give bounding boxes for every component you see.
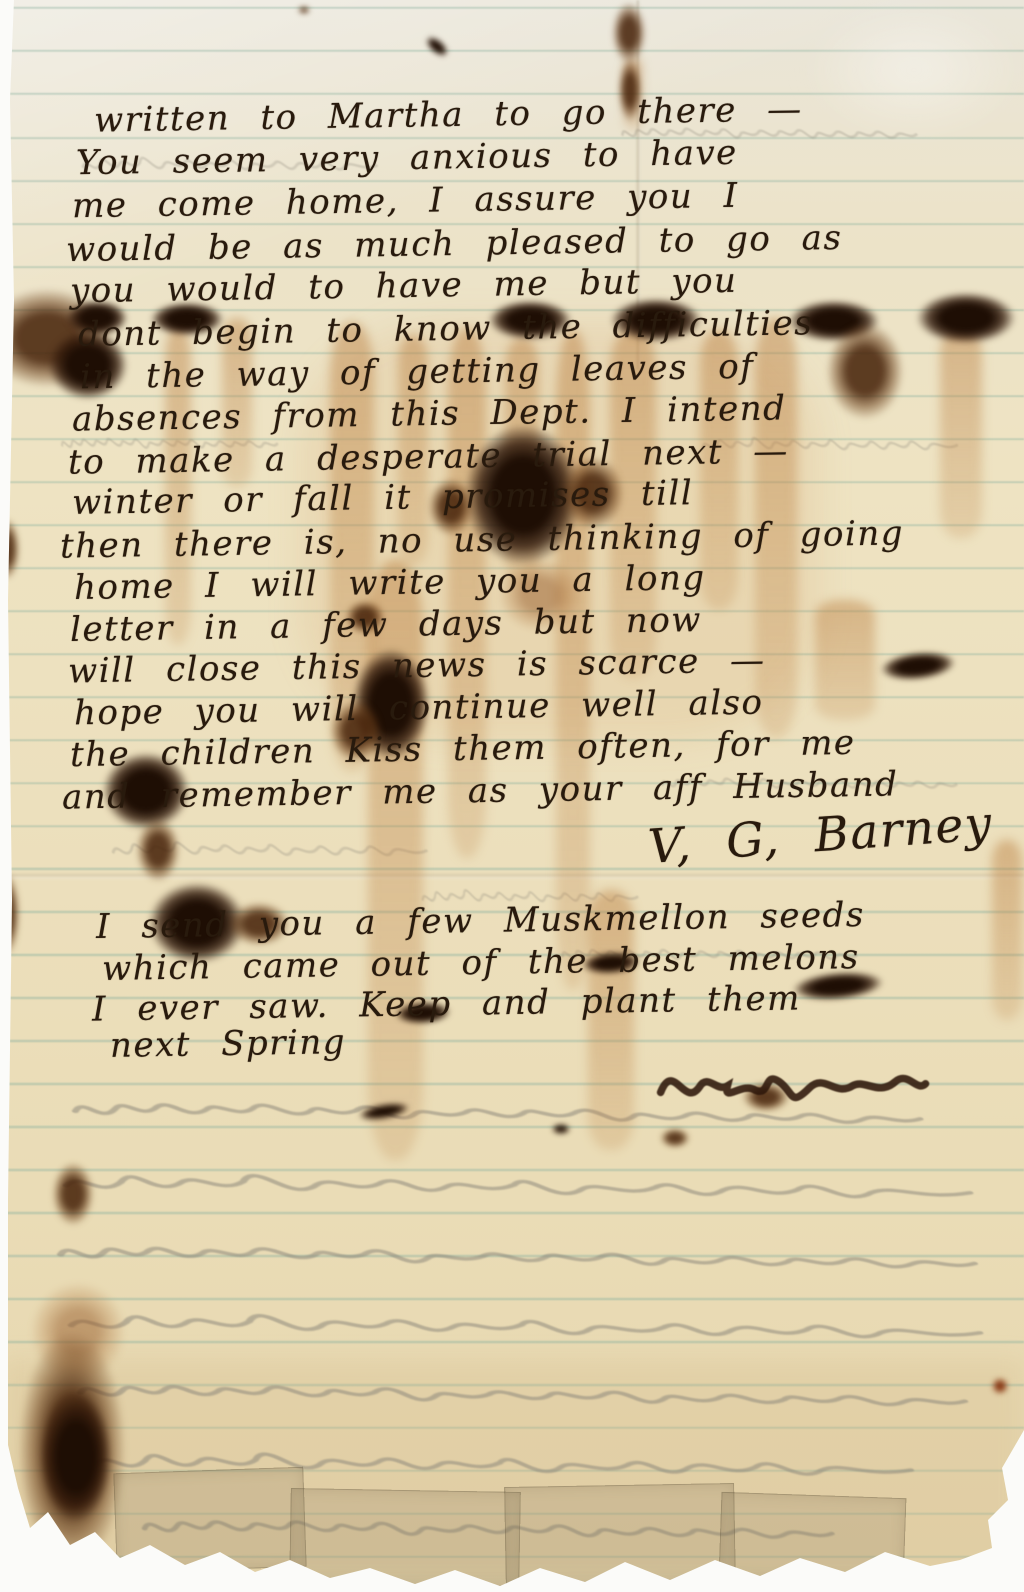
letter-line: letter in a few days but now [70,602,702,648]
stain [552,1124,570,1134]
letter-line: you would to have me but you [70,263,738,309]
stain [612,2,646,64]
letter-line: winter or fall it promises till [72,475,694,521]
tape-repair [504,1483,736,1587]
letter-line: home I will write you a long [74,560,706,606]
scanned-letter-image: written to Martha to go there — You seem… [0,0,1024,1592]
letter-paper: written to Martha to go there — You seem… [0,0,1024,1592]
stain [992,1378,1008,1394]
letter-line: me come home, I assure you I [72,178,739,224]
drip-stain [992,840,1022,1020]
stain [52,1162,94,1226]
stain [916,292,1016,344]
stain [136,818,180,882]
stain [40,1392,112,1522]
letter-line: You seem very anxious to have [76,135,738,181]
tape-repair [289,1488,521,1587]
stain [660,1128,690,1148]
stain [826,322,904,420]
paper-highlight [804,0,1024,140]
scrawled-initials [652,1048,932,1126]
tape-repair [719,1492,907,1583]
postscript-line: next Spring [110,1024,347,1064]
tape-repair [113,1467,306,1574]
drip-stain [940,328,982,538]
drip-stain [815,600,875,720]
stain [298,6,310,14]
